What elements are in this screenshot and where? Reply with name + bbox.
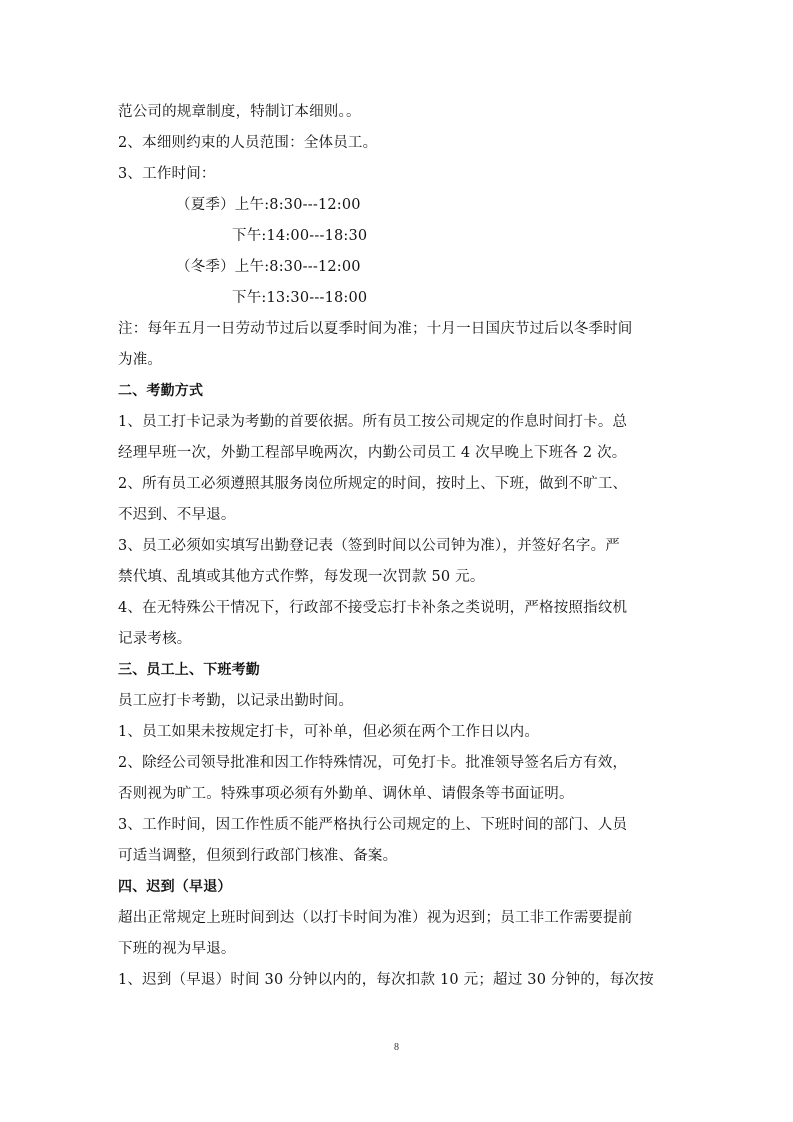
document-page: 范公司的规章制度，特制订本细则。。 2、本细则约束的人员范围：全体员工。 3、工… — [118, 97, 678, 996]
section-heading-late-early: 四、迟到（早退） — [118, 872, 678, 903]
text-line-scope: 2、本细则约束的人员范围：全体员工。 — [118, 128, 678, 159]
text-line: 2、除经公司领导批准和因工作特殊情况，可免打卡。批准领导签名后方有效， — [118, 748, 678, 779]
text-line-winter-morning: （冬季）上午:8:30---12:00 — [118, 252, 678, 283]
page-number: 8 — [0, 1042, 793, 1053]
text-line-note: 注：每年五月一日劳动节过后以夏季时间为准；十月一日国庆节过后以冬季时间 — [118, 314, 678, 345]
text-line: 禁代填、乱填或其他方式作弊，每发现一次罚款 50 元。 — [118, 562, 678, 593]
text-line: 否则视为旷工。特殊事项必须有外勤单、调休单、请假条等书面证明。 — [118, 779, 678, 810]
text-line: 不迟到、不早退。 — [118, 500, 678, 531]
text-line: 3、员工必须如实填写出勤登记表（签到时间以公司钟为准），并签好名字。严 — [118, 531, 678, 562]
text-line: 经理早班一次，外勤工程部早晚两次，内勤公司员工 4 次早晚上下班各 2 次。 — [118, 438, 678, 469]
text-line: 3、工作时间，因工作性质不能严格执行公司规定的上、下班时间的部门、人员 — [118, 810, 678, 841]
text-line: 1、迟到（早退）时间 30 分钟以内的，每次扣款 10 元；超过 30 分钟的，… — [118, 965, 678, 996]
text-line: 下班的视为早退。 — [118, 934, 678, 965]
text-line-summer-afternoon: 下午:14:00---18:30 — [118, 221, 678, 252]
text-line-continuation: 范公司的规章制度，特制订本细则。。 — [118, 97, 678, 128]
text-line: 1、员工打卡记录为考勤的首要依据。所有员工按公司规定的作息时间打卡。总 — [118, 407, 678, 438]
text-line: 记录考核。 — [118, 624, 678, 655]
text-line-winter-afternoon: 下午:13:30---18:00 — [118, 283, 678, 314]
section-heading-attendance-method: 二、考勤方式 — [118, 376, 678, 407]
text-line: 员工应打卡考勤，以记录出勤时间。 — [118, 686, 678, 717]
text-line-work-hours: 3、工作时间： — [118, 159, 678, 190]
text-line: 可适当调整，但须到行政部门核准、备案。 — [118, 841, 678, 872]
text-line-note-cont: 为准。 — [118, 345, 678, 376]
section-heading-clock-in-out: 三、员工上、下班考勤 — [118, 655, 678, 686]
text-line: 1、员工如果未按规定打卡，可补单，但必须在两个工作日以内。 — [118, 717, 678, 748]
text-line: 4、在无特殊公干情况下，行政部不接受忘打卡补条之类说明，严格按照指纹机 — [118, 593, 678, 624]
text-line: 超出正常规定上班时间到达（以打卡时间为准）视为迟到；员工非工作需要提前 — [118, 903, 678, 934]
text-line-summer-morning: （夏季）上午:8:30---12:00 — [118, 190, 678, 221]
text-line: 2、所有员工必须遵照其服务岗位所规定的时间，按时上、下班，做到不旷工、 — [118, 469, 678, 500]
